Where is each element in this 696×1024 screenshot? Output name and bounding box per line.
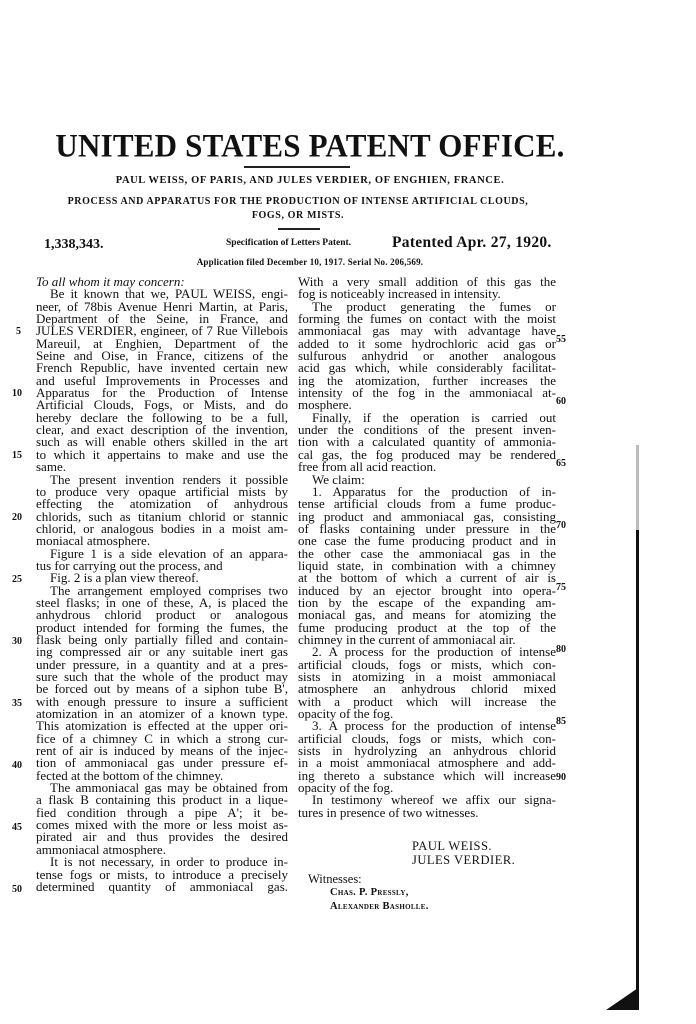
patented-date: Patented Apr. 27, 1920. (392, 234, 552, 252)
subject-rule (278, 228, 320, 230)
line-number: 60 (556, 396, 566, 407)
inventor-signature-2: JULES VERDIER. (412, 853, 515, 868)
patent-number: 1,338,343. (44, 237, 104, 253)
line-number: 75 (556, 582, 566, 593)
text-line: determined quantity of ammoniacal gas. (36, 881, 288, 893)
inventor-signature-1: PAUL WEISS. (412, 839, 492, 854)
line-number: 30 (12, 636, 22, 647)
line-number: 35 (12, 698, 22, 709)
title-rule (244, 166, 350, 168)
witnesses-label: Witnesses: (308, 872, 362, 887)
line-number: 80 (556, 644, 566, 655)
line-number: 90 (556, 772, 566, 783)
scan-edge-line-faint (636, 445, 639, 530)
line-number: 85 (556, 716, 566, 727)
witness-1: Chas. P. Pressly, (330, 887, 409, 898)
line-number: 70 (556, 520, 566, 531)
text-line: tures in presence of two witnesses. (298, 807, 556, 819)
scan-edge-blot (606, 988, 638, 1010)
left-column: To all whom it may concern: Be it known … (36, 276, 288, 893)
line-number: 50 (12, 884, 22, 895)
line-number: 10 (12, 388, 22, 399)
subject-line: PROCESS AND APPARATUS FOR THE PRODUCTION… (38, 195, 558, 223)
right-column: With a very small addition of this gas t… (298, 276, 556, 819)
line-number: 65 (556, 458, 566, 469)
line-number: 20 (12, 512, 22, 523)
witness-2: Alexander Basholle. (330, 901, 429, 912)
subject-line-2: FOGS, OR MISTS. (38, 209, 558, 223)
subject-line-1: PROCESS AND APPARATUS FOR THE PRODUCTION… (38, 195, 558, 209)
line-number: 55 (556, 334, 566, 345)
application-line: Application filed December 10, 1917. Ser… (0, 257, 620, 267)
line-number: 25 (12, 574, 22, 585)
line-number: 15 (12, 450, 22, 461)
text-line: to which it appertains to make and use t… (36, 449, 288, 461)
inventors-line: PAUL WEISS, OF PARIS, AND JULES VERDIER,… (0, 175, 620, 186)
specification-label: Specification of Letters Patent. (226, 238, 351, 248)
line-number: 45 (12, 822, 22, 833)
line-number: 40 (12, 760, 22, 771)
scan-edge-line (636, 530, 639, 1010)
patent-page: UNITED STATES PATENT OFFICE. PAUL WEISS,… (0, 0, 696, 1024)
office-title: UNITED STATES PATENT OFFICE. (0, 127, 620, 165)
line-number: 5 (16, 326, 21, 337)
